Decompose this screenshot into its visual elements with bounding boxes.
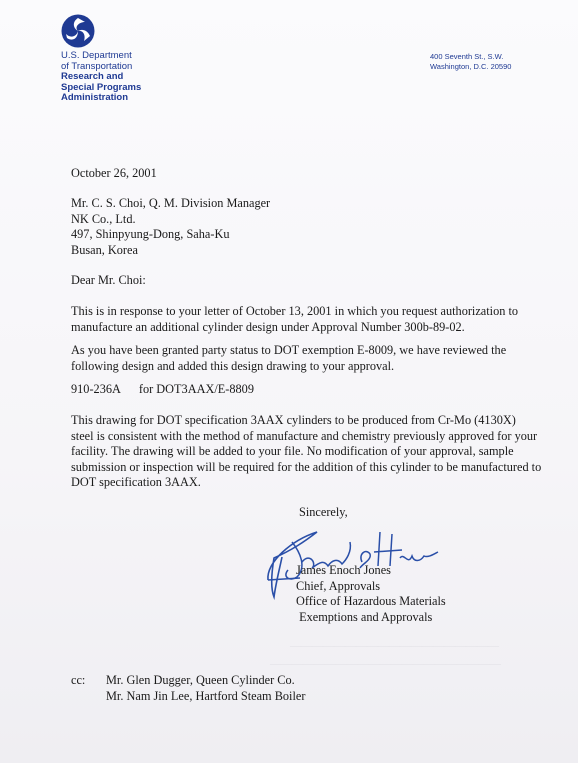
bleed-through-text: ————————————————————— [270, 658, 501, 670]
recipient-line: Busan, Korea [71, 243, 270, 259]
paragraph-line: steel is consistent with the method of m… [71, 429, 541, 445]
administration-line: Research and [61, 72, 141, 83]
agency-name: U.S. Department of Transportation Resear… [61, 51, 141, 104]
cc-recipient: Mr. Glen Dugger, Queen Cylinder Co. [106, 673, 295, 687]
signer-name: James Enoch Jones [296, 563, 446, 579]
letter-date: October 26, 2001 [71, 166, 157, 182]
paragraph-line: following design and added this design d… [71, 359, 506, 375]
cc-list: cc:Mr. Glen Dugger, Queen Cylinder Co. M… [71, 673, 305, 704]
address-line: Washington, D.C. 20590 [430, 62, 511, 72]
dot-logo-icon [61, 14, 95, 48]
salutation: Dear Mr. Choi: [71, 273, 146, 289]
paragraph-line: This drawing for DOT specification 3AAX … [71, 413, 541, 429]
closing: Sincerely, [299, 505, 348, 521]
paragraph-line: As you have been granted party status to… [71, 343, 506, 359]
signer-office: Exemptions and Approvals [296, 610, 446, 626]
administration-line: Administration [61, 93, 141, 104]
design-item: 910-236Afor DOT3AAX/E-8809 [71, 382, 254, 398]
paragraph-line: manufacture an additional cylinder desig… [71, 320, 518, 336]
paragraph-3: This drawing for DOT specification 3AAX … [71, 413, 541, 491]
recipient-line: NK Co., Ltd. [71, 212, 270, 228]
cc-label: cc: [71, 673, 106, 689]
address-line: 400 Seventh St., S.W. [430, 52, 511, 62]
recipient-line: 497, Shinpyung-Dong, Saha-Ku [71, 227, 270, 243]
recipient-line: Mr. C. S. Choi, Q. M. Division Manager [71, 196, 270, 212]
paragraph-line: facility. The drawing will be added to y… [71, 444, 541, 460]
signer-office: Office of Hazardous Materials [296, 594, 446, 610]
signer-title: Chief, Approvals [296, 579, 446, 595]
signer-block: James Enoch Jones Chief, Approvals Offic… [296, 563, 446, 625]
drawing-designation: for DOT3AAX/E-8809 [139, 382, 254, 396]
paragraph-line: This is in response to your letter of Oc… [71, 304, 518, 320]
drawing-number: 910-236A [71, 382, 121, 396]
paragraph-line: DOT specification 3AAX. [71, 475, 541, 491]
letterhead-address: 400 Seventh St., S.W. Washington, D.C. 2… [430, 52, 511, 72]
letter-page: U.S. Department of Transportation Resear… [0, 0, 578, 763]
paragraph-line: submission or inspection will be require… [71, 460, 541, 476]
cc-recipient: Mr. Nam Jin Lee, Hartford Steam Boiler [106, 689, 305, 703]
recipient-address: Mr. C. S. Choi, Q. M. Division Manager N… [71, 196, 270, 258]
department-line: U.S. Department [61, 51, 141, 62]
paragraph-2: As you have been granted party status to… [71, 343, 506, 374]
bleed-through-text: ——————————————————— [290, 640, 499, 652]
paragraph-1: This is in response to your letter of Oc… [71, 304, 518, 335]
